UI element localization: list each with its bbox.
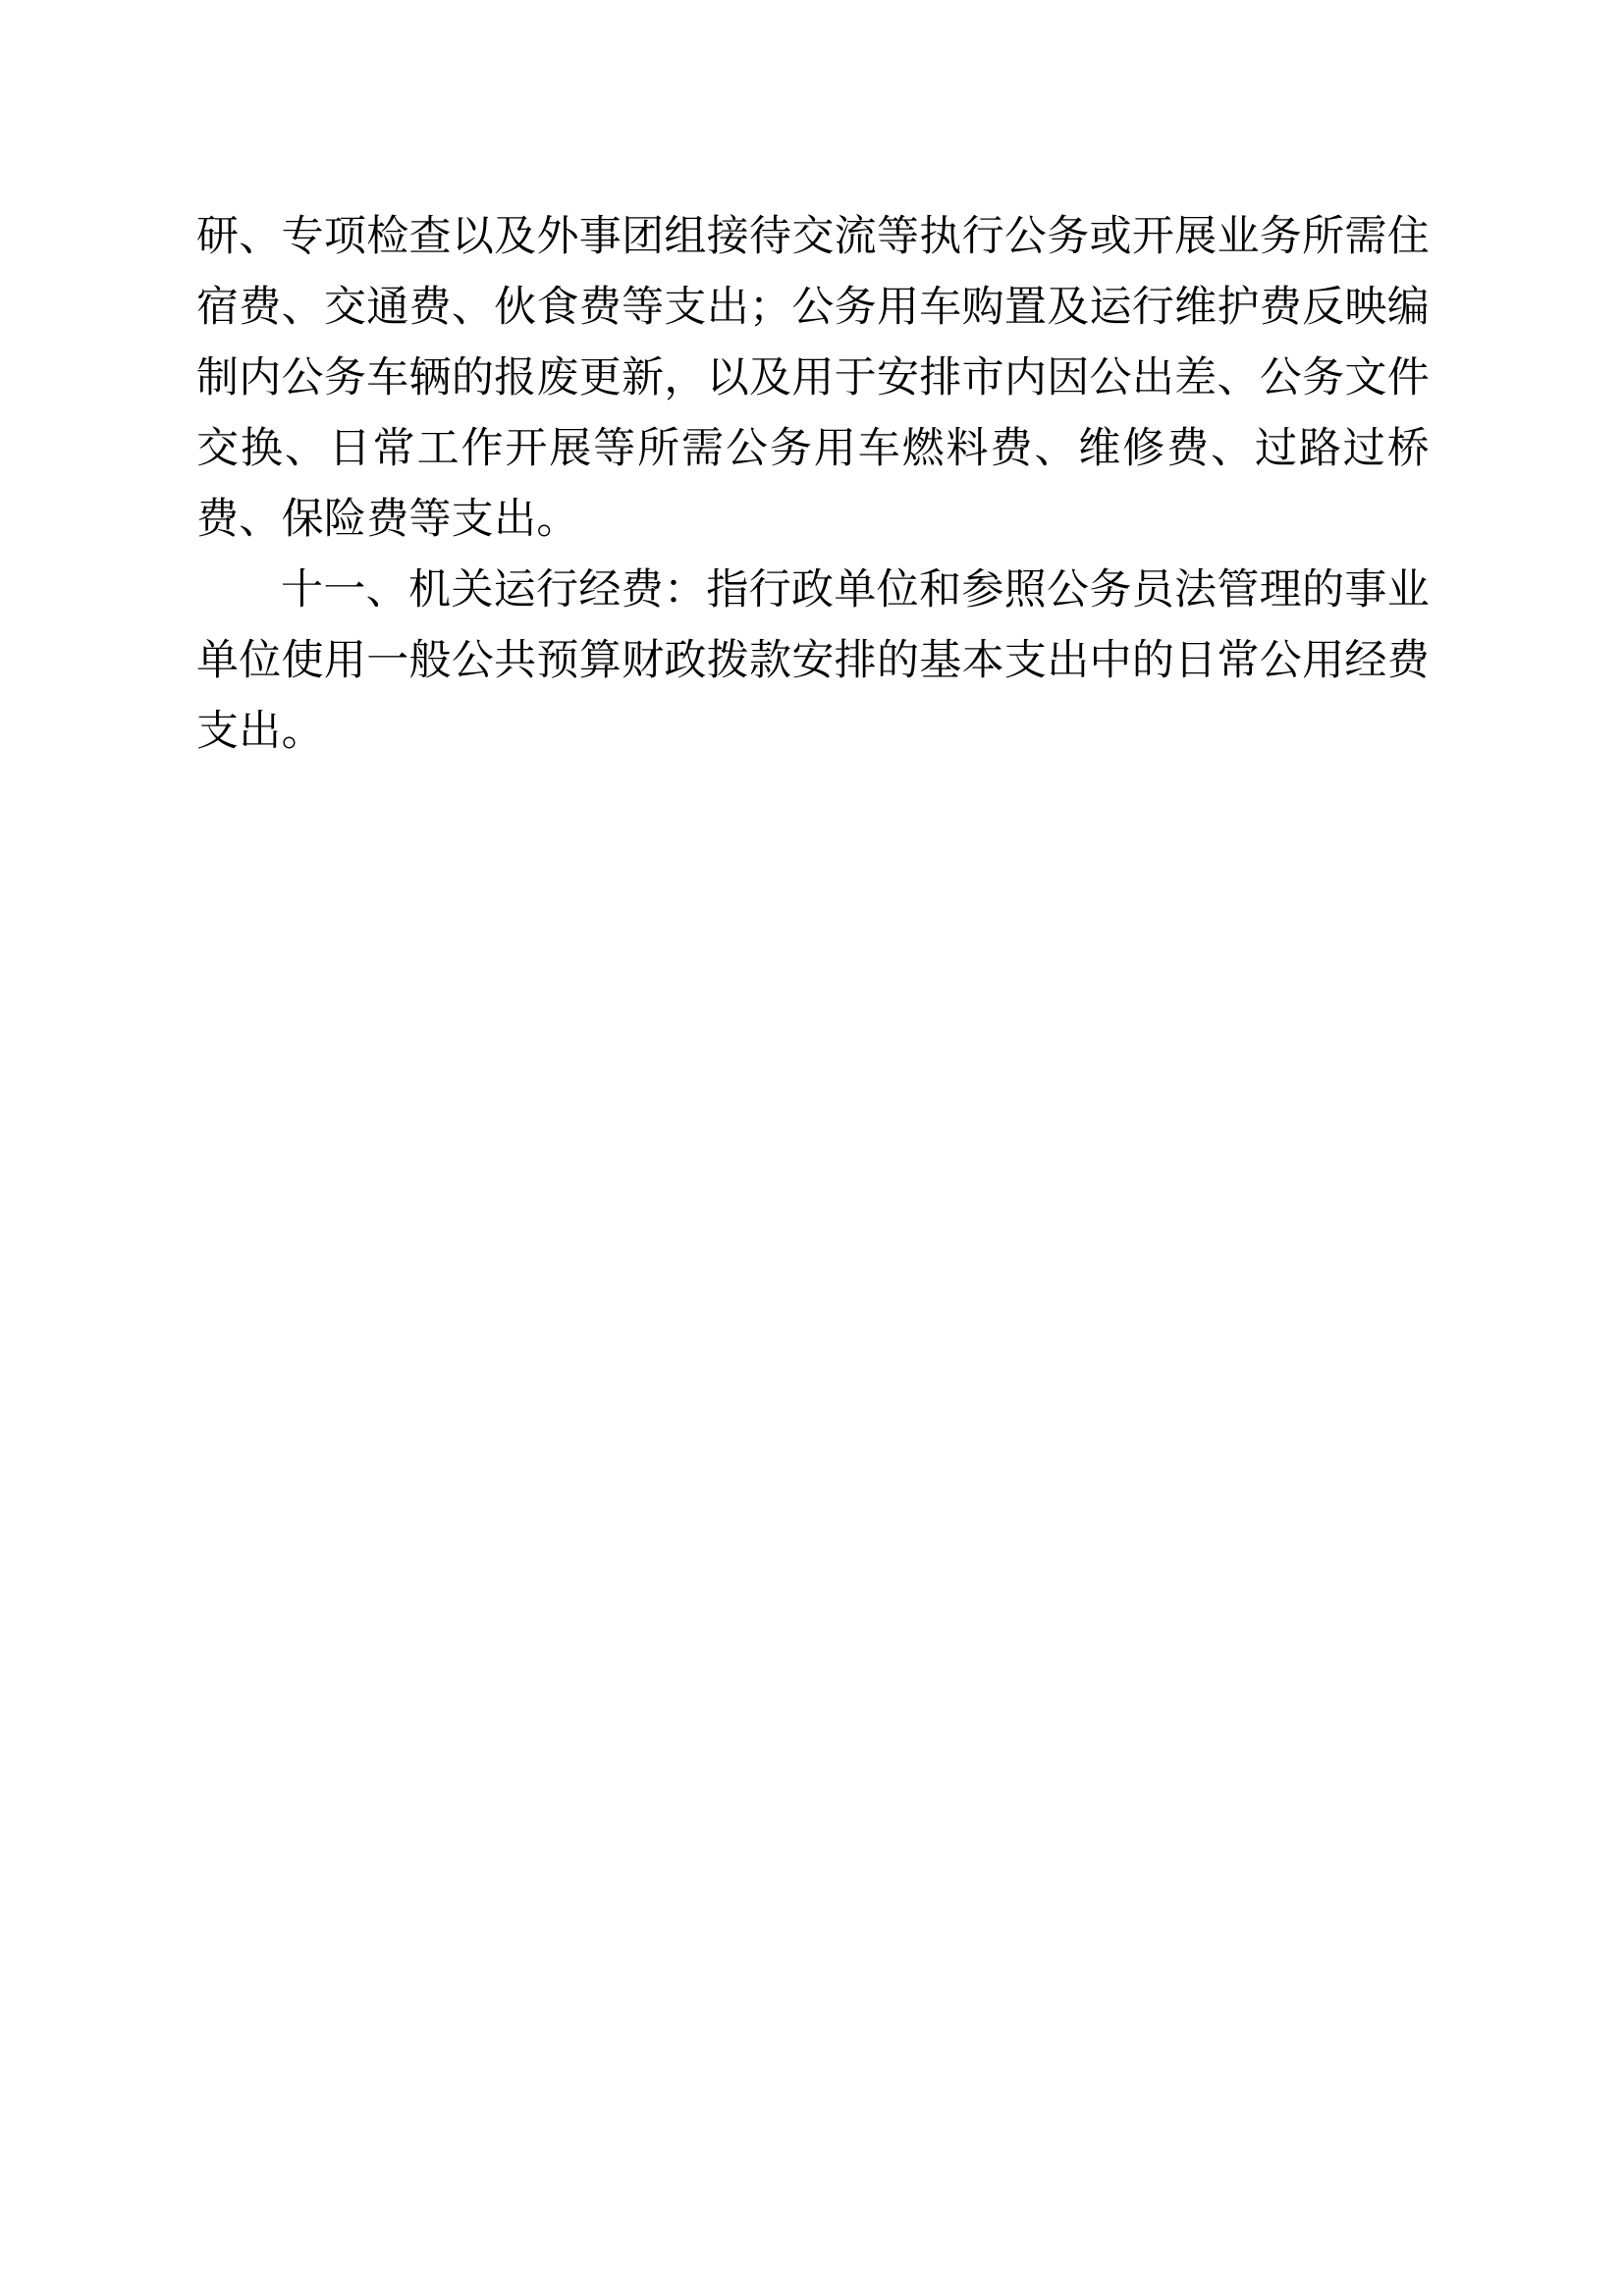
paragraph-item-eleven: 十一、机关运行经费：指行政单位和参照公务员法管理的事业单位使用一般公共预算财政拨…: [196, 555, 1430, 767]
paragraph-continuation: 研、专项检查以及外事团组接待交流等执行公务或开展业务所需住宿费、交通费、伙食费等…: [196, 201, 1430, 555]
document-page: 研、专项检查以及外事团组接待交流等执行公务或开展业务所需住宿费、交通费、伙食费等…: [0, 0, 1624, 2296]
document-body: 研、专项检查以及外事团组接待交流等执行公务或开展业务所需住宿费、交通费、伙食费等…: [196, 201, 1430, 767]
